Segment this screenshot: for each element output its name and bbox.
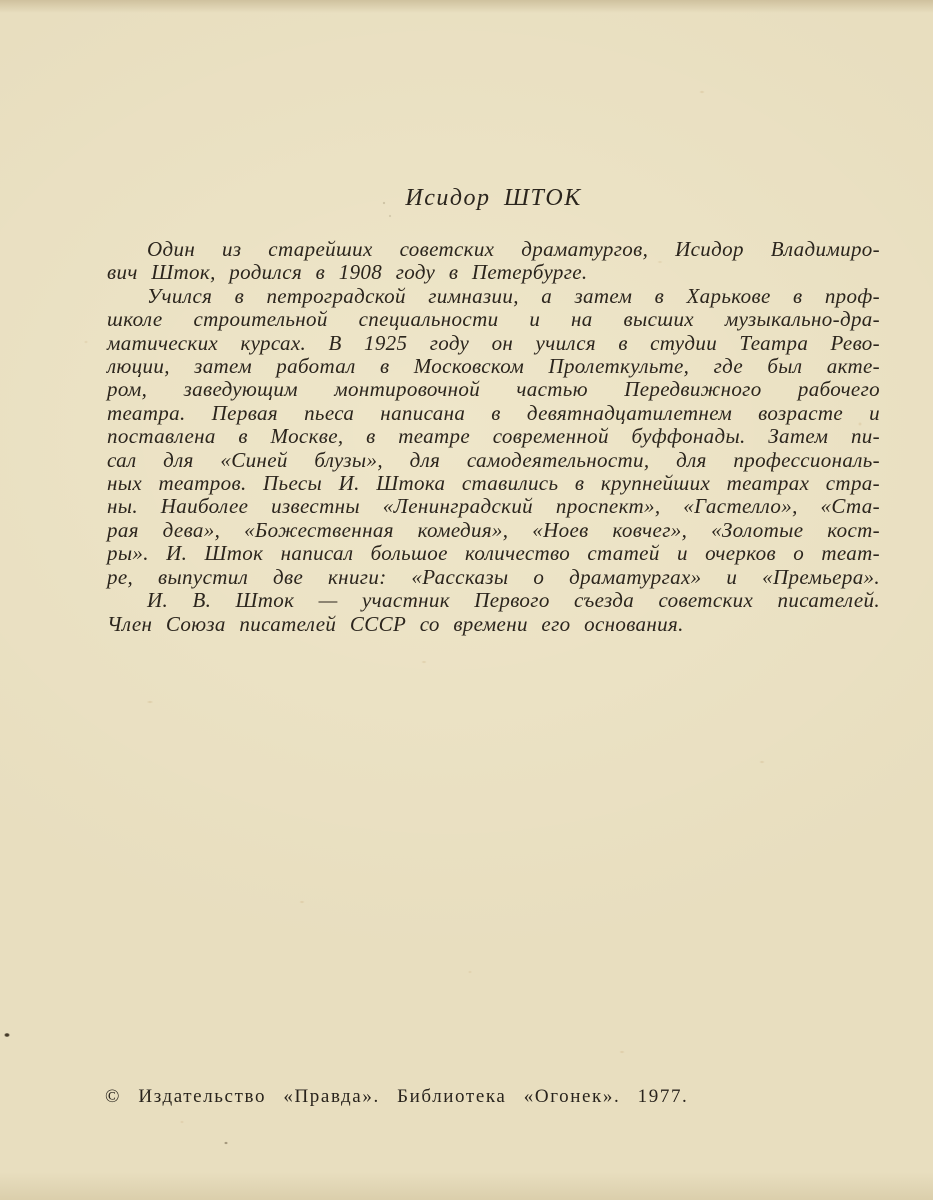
scanned-book-page: Исидор ШТОК Один из старейших советских …: [0, 0, 933, 1200]
text-line: театра. Первая пьеса написана в девятнад…: [107, 402, 880, 425]
text-line: люции, затем работал в Московском Пролет…: [107, 355, 880, 378]
text-line: сал для «Синей блузы», для самодеятельно…: [107, 449, 880, 472]
text-line: матических курсах. В 1925 году он учился…: [107, 332, 880, 355]
text-line: ры». И. Шток написал большое количество …: [107, 542, 880, 565]
page-title: Исидор ШТОК: [107, 185, 880, 212]
text-line: ны. Наиболее известны «Ленинградский про…: [107, 495, 880, 518]
text-line: ных театров. Пьесы И. Штока ставились в …: [107, 472, 880, 495]
publisher-imprint: © Издательство «Правда». Библиотека «Ого…: [105, 1086, 688, 1108]
text-line: Один из старейших советских драматургов,…: [107, 238, 880, 261]
text-line: ром, заведующим монтировочной частью Пер…: [107, 378, 880, 401]
text-line: школе строительной специальности и на вы…: [107, 308, 880, 331]
text-line: рая дева», «Божественная комедия», «Ноев…: [107, 519, 880, 542]
text-line: ре, выпустил две книги: «Рассказы о драм…: [107, 566, 880, 589]
biography-text-block: Один из старейших советских драматургов,…: [107, 238, 880, 636]
text-line: Член Союза писателей СССР со времени его…: [107, 613, 880, 636]
text-line: поставлена в Москве, в театре современно…: [107, 425, 880, 448]
text-line: вич Шток, родился в 1908 году в Петербур…: [107, 261, 880, 284]
text-line: И. В. Шток — участник Первого съезда сов…: [107, 589, 880, 612]
text-line: Учился в петроградской гимназии, а затем…: [107, 285, 880, 308]
